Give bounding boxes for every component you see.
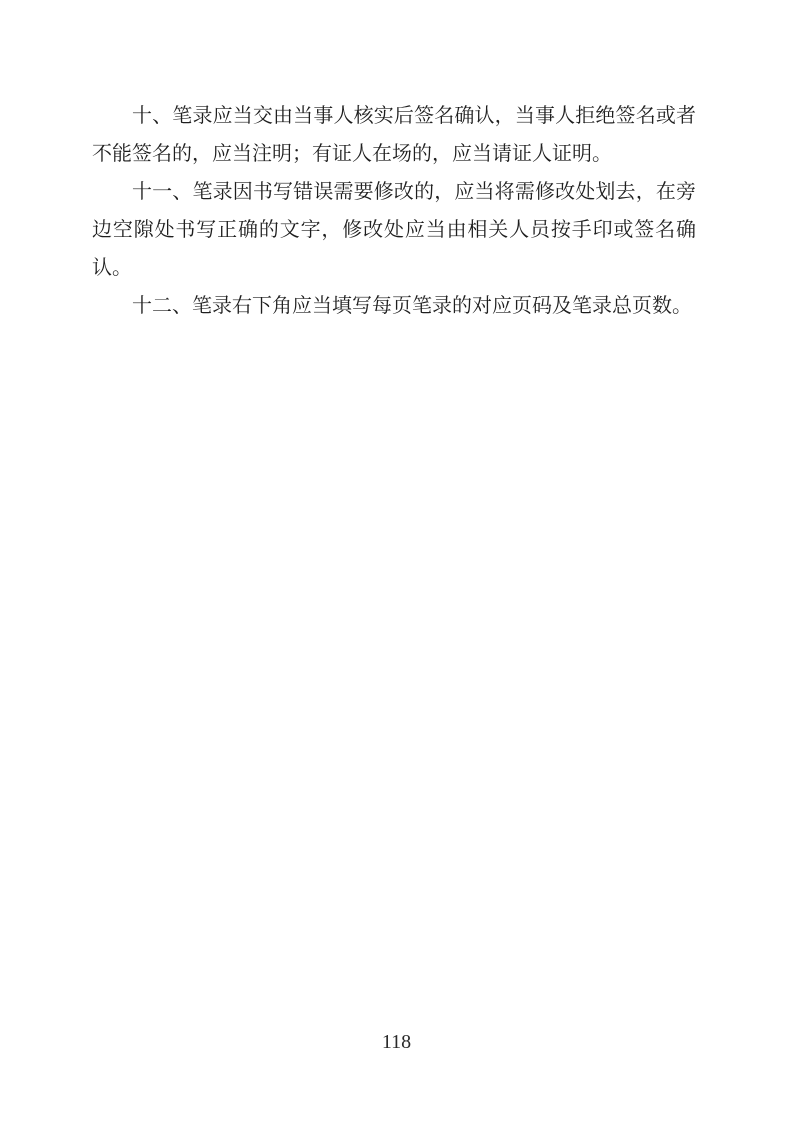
page-number: 118 [0, 1028, 793, 1056]
paragraph-item-12: 十二、笔录右下角应当填写每页笔录的对应页码及笔录总页数。 [92, 286, 696, 324]
document-page: 十、笔录应当交由当事人核实后签名确认，当事人拒绝签名或者不能签名的，应当注明；有… [0, 0, 793, 1122]
document-body: 十、笔录应当交由当事人核实后签名确认，当事人拒绝签名或者不能签名的，应当注明；有… [92, 96, 696, 324]
paragraph-item-11: 十一、笔录因书写错误需要修改的，应当将需修改处划去，在旁边空隙处书写正确的文字，… [92, 172, 696, 286]
paragraph-item-10: 十、笔录应当交由当事人核实后签名确认，当事人拒绝签名或者不能签名的，应当注明；有… [92, 96, 696, 172]
